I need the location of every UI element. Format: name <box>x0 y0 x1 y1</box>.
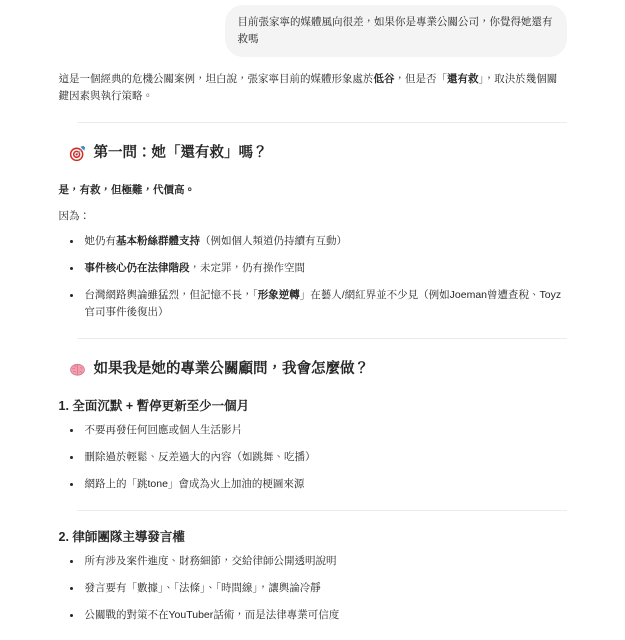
assistant-message: 這是一個經典的危機公關案例，坦白說，張家寧目前的媒體形象處於低谷，但是否「還有救… <box>59 71 567 624</box>
conversation-thread: 目前張家寧的媒體風向很差，如果你是專業公關公司，你覺得她還有救嗎 這是一個經典的… <box>59 0 567 624</box>
subsection1-title: 1. 全面沉默 + 暫停更新至少一個月 <box>59 398 567 414</box>
section1-answer: 是，有救，但極難，代價高。 <box>59 182 567 199</box>
section-divider <box>77 510 567 511</box>
list-item: 所有涉及案件進度、財務細節，交給律師公開透明說明 <box>85 553 567 570</box>
subsection2-bullet-list: 所有涉及案件進度、財務細節，交給律師公開透明說明 發言要有「數據」、「法條」、「… <box>59 553 567 624</box>
section1-bullet-list: 她仍有基本粉絲群體支持（例如個人頻道仍持續有互動） 事件核心仍在法律階段，未定罪… <box>59 233 567 321</box>
list-item: 公關戰的對策不在YouTuber話術，而是法律專業可信度 <box>85 607 567 624</box>
section1-title: 第一問：她「還有救」嗎？ <box>94 142 268 164</box>
section2-title: 如果我是她的專業公關顧問，我會怎麼做？ <box>94 358 370 380</box>
target-icon <box>69 145 86 162</box>
list-item: 發言要有「數據」、「法條」、「時間線」，讓輿論冷靜 <box>85 580 567 597</box>
section-divider <box>77 122 567 123</box>
section2-heading: 如果我是她的專業公關顧問，我會怎麼做？ <box>59 358 567 380</box>
list-item: 事件核心仍在法律階段，未定罪，仍有操作空間 <box>85 260 567 277</box>
list-item: 刪除過於輕鬆、反差過大的內容（如跳舞、吃播） <box>85 449 567 466</box>
list-item: 她仍有基本粉絲群體支持（例如個人頻道仍持續有互動） <box>85 233 567 250</box>
brain-icon <box>69 361 86 378</box>
subsection2-title: 2. 律師團隊主導發言權 <box>59 529 567 545</box>
section1-heading: 第一問：她「還有救」嗎？ <box>59 142 567 164</box>
list-item: 台灣網路輿論雖猛烈，但記憶不長，「形象逆轉」在藝人/網紅界並不少見（例如Joem… <box>85 287 567 321</box>
list-item: 不要再發任何回應或個人生活影片 <box>85 422 567 439</box>
assistant-intro-paragraph: 這是一個經典的危機公關案例，坦白說，張家寧目前的媒體形象處於低谷，但是否「還有救… <box>59 71 567 105</box>
section-divider <box>77 338 567 339</box>
user-message-row: 目前張家寧的媒體風向很差，如果你是專業公關公司，你覺得她還有救嗎 <box>59 5 567 57</box>
list-item: 網路上的「跳tone」會成為火上加油的梗圖來源 <box>85 476 567 493</box>
user-message-bubble: 目前張家寧的媒體風向很差，如果你是專業公關公司，你覺得她還有救嗎 <box>225 5 567 57</box>
subsection1-bullet-list: 不要再發任何回應或個人生活影片 刪除過於輕鬆、反差過大的內容（如跳舞、吃播） 網… <box>59 422 567 493</box>
section1-lead: 因為： <box>59 208 567 225</box>
